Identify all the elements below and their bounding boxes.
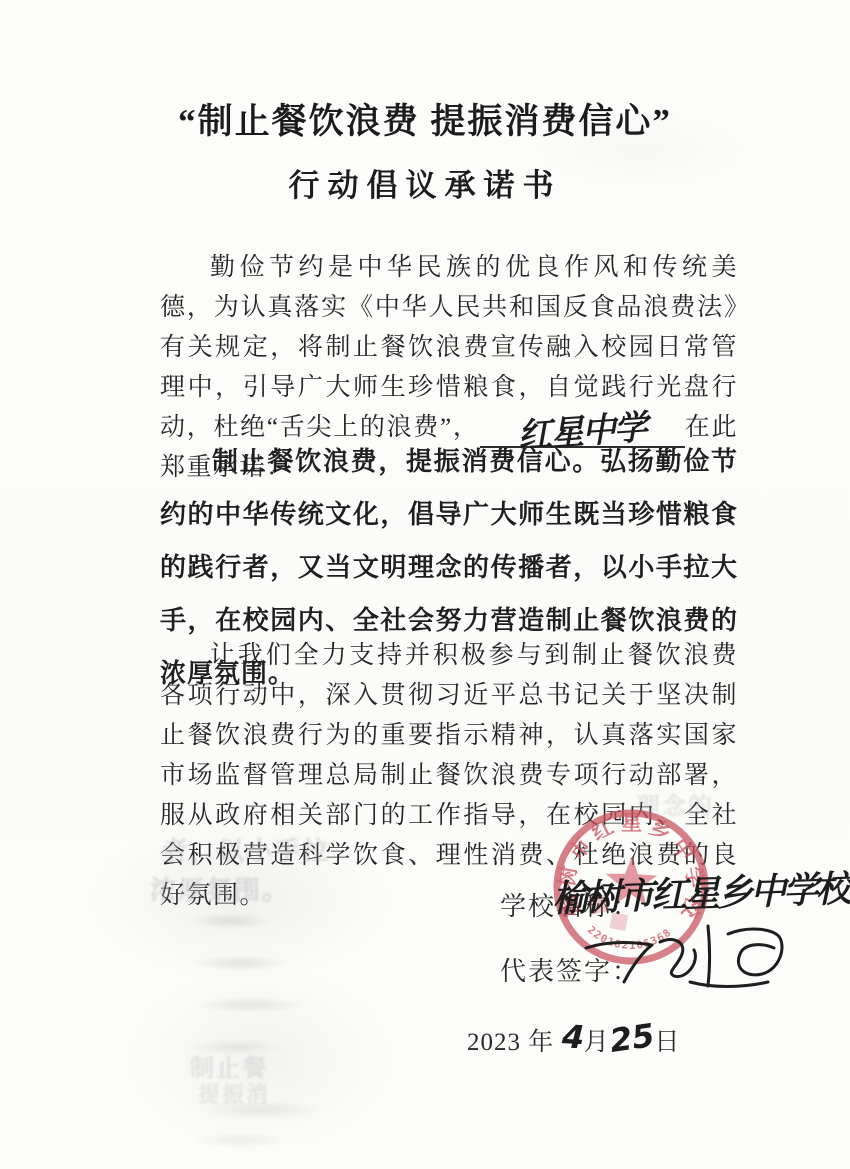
- scanned-document-page: 者，以小手拉 浓厚氛围。 理念的 制止餐 提振消 “制止餐饮浪费 提振消费信心”…: [0, 0, 850, 1169]
- paragraph-intro-text: 勤俭节约是中华民族的优良作风和传统美德，为认真落实《中华人民共和国反食品浪费法》…: [160, 254, 738, 441]
- date-day-handwriting: 25: [607, 1016, 656, 1060]
- date-day-unit: 日: [654, 1029, 680, 1056]
- date-month-unit: 月: [584, 1029, 610, 1056]
- bleedthrough-text: 提振消: [198, 1078, 270, 1109]
- representative-signature-scribble: [582, 912, 797, 994]
- bleedthrough-text: 浓厚氛围。: [150, 870, 290, 907]
- date-year: 2023 年: [467, 1029, 554, 1056]
- scan-smudge: [150, 1090, 410, 1160]
- date-line: 2023 年 4月25日: [467, 1020, 680, 1058]
- bleedthrough-text: 者，以小手拉: [162, 831, 330, 868]
- date-month-handwriting: 4: [561, 1017, 585, 1056]
- document-title: “制止餐饮浪费 提振消费信心”: [0, 94, 850, 144]
- document-subtitle: 行动倡议承诺书: [0, 160, 850, 205]
